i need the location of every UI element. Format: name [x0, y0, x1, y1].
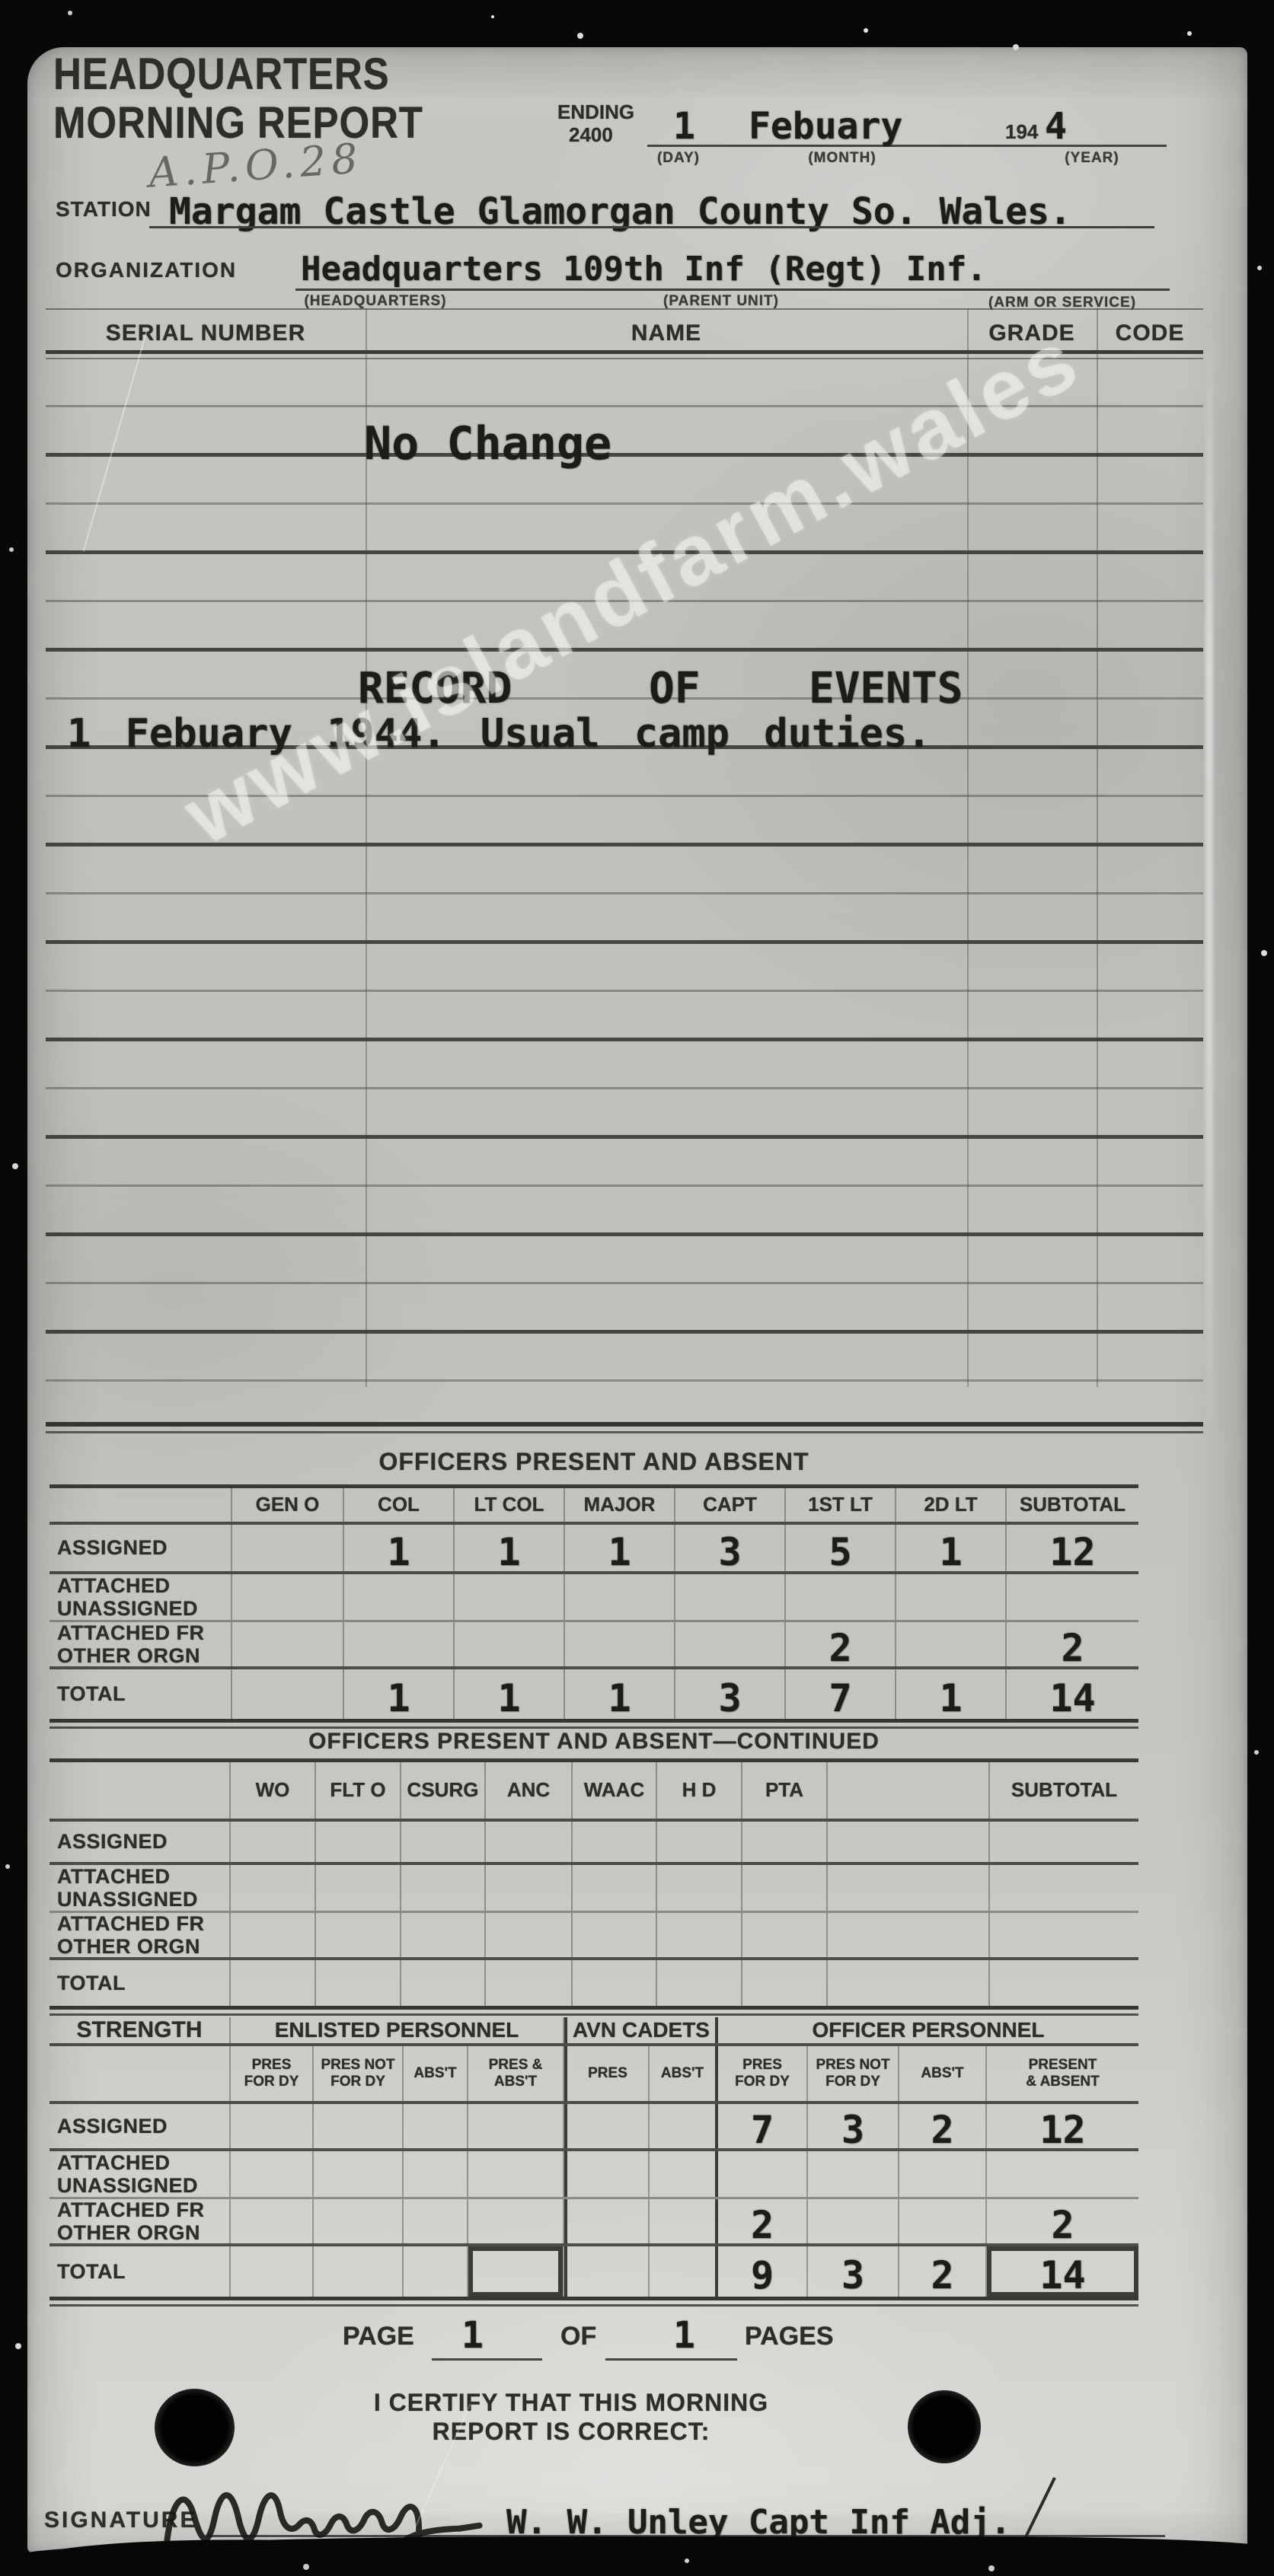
cell	[401, 1865, 486, 1911]
cell	[896, 1574, 1007, 1620]
col-present-and-absent: PRESENT & ABSENT	[987, 2046, 1138, 2101]
record-of-events-word1: RECORD	[358, 664, 512, 713]
cell	[650, 2199, 718, 2243]
cell	[564, 2246, 650, 2297]
column-header-name: NAME	[366, 320, 967, 346]
cell	[990, 1913, 1138, 1957]
headquarters-sublabel: (HEADQUARTERS)	[295, 293, 455, 310]
date-day-value: 1	[673, 105, 695, 148]
continued-header-row: WO FLT O CSURG ANC WAAC H D PTA SUBTOTAL	[49, 1762, 1138, 1822]
cell: 2	[718, 2199, 808, 2243]
cell	[486, 1960, 573, 2006]
cell	[344, 1574, 455, 1620]
row-label: ATTACHED FR OTHER ORGN	[49, 2199, 231, 2243]
cell	[316, 1865, 401, 1911]
cell	[565, 1622, 675, 1666]
cell	[650, 2104, 718, 2148]
col-gen-o: GEN O	[232, 1488, 344, 1522]
scan-speckles	[491, 15, 494, 18]
cell	[232, 1622, 344, 1666]
year-label: (YEAR)	[1046, 150, 1138, 167]
cell	[657, 1913, 742, 1957]
cell	[404, 2151, 468, 2197]
cell	[990, 1960, 1138, 2006]
col-pres-and-abst: PRES & ABS'T	[468, 2046, 564, 2101]
boxed-grand-total-cell: 14	[987, 2246, 1138, 2297]
cell	[564, 2199, 650, 2243]
cell	[990, 1865, 1138, 1911]
col-anc: ANC	[486, 1762, 573, 1819]
pages-total-underline	[605, 2358, 737, 2361]
cell: 1	[565, 1525, 675, 1571]
cell: 1	[455, 1669, 565, 1719]
cell: 3	[675, 1525, 786, 1571]
table-row-attached-fr-other-orgn: ATTACHED FR OTHER ORGN	[49, 1913, 1138, 1960]
cell	[401, 1913, 486, 1957]
cell	[573, 1960, 657, 2006]
cell	[468, 2199, 564, 2243]
row-label: ATTACHED FR OTHER ORGN	[49, 1622, 232, 1666]
col-lt-col: LT COL	[455, 1488, 565, 1522]
station-underline	[149, 226, 1154, 228]
cell: 1	[455, 1525, 565, 1571]
certify-line1: I CERTIFY THAT THIS MORNING	[320, 2389, 822, 2418]
officers-table-title: OFFICERS PRESENT AND ABSENT	[49, 1439, 1138, 1488]
cell	[455, 1622, 565, 1666]
table-row-assigned: ASSIGNED 7 3 2 12	[49, 2104, 1138, 2151]
cell	[650, 2151, 718, 2197]
strength-table-bottom-rule	[49, 2297, 1138, 2307]
cell	[896, 1622, 1007, 1666]
officers-present-absent-table: OFFICERS PRESENT AND ABSENT GEN O COL LT…	[49, 1439, 1138, 1729]
column-header-serial-number: SERIAL NUMBER	[46, 320, 366, 346]
table-row-attached-fr-other-orgn: ATTACHED FR OTHER ORGN 2 2	[49, 2199, 1138, 2246]
cell	[49, 1488, 232, 1522]
cell	[316, 1960, 401, 2006]
cell	[742, 1865, 828, 1911]
cell	[565, 1574, 675, 1620]
column-divider-name-grade	[967, 308, 969, 1387]
cell: 2	[786, 1622, 896, 1666]
cell	[49, 2046, 231, 2101]
cell: 3	[808, 2104, 899, 2148]
cell	[742, 1913, 828, 1957]
cell	[899, 2199, 987, 2243]
cell	[675, 1622, 786, 1666]
form-title-line2: MORNING REPORT	[53, 97, 423, 148]
roster-entry: No Change	[364, 417, 611, 470]
station-label: STATION	[56, 197, 152, 222]
cell	[314, 2199, 404, 2243]
cell	[657, 1865, 742, 1911]
col-2d-lt: 2D LT	[896, 1488, 1007, 1522]
cell	[404, 2104, 468, 2148]
date-month-value: Febuary	[749, 105, 902, 148]
cell: 2	[987, 2199, 1138, 2243]
cell	[899, 2151, 987, 2197]
roster-header-rule-heavy	[46, 350, 1203, 354]
strength-group-header-row: STRENGTH ENLISTED PERSONNEL AVN CADETS O…	[49, 2017, 1138, 2046]
row-label: ATTACHED UNASSIGNED	[49, 1865, 231, 1911]
cell	[231, 2104, 314, 2148]
table-row-assigned: ASSIGNED 1 1 1 3 5 1 12	[49, 1525, 1138, 1574]
cell	[401, 1822, 486, 1862]
cell: 1	[565, 1669, 675, 1719]
continued-table-bottom-rule	[49, 2006, 1138, 2016]
cell	[231, 2199, 314, 2243]
cell: 3	[675, 1669, 786, 1719]
officers-table-top-rule-heavy	[46, 1422, 1203, 1427]
col-pta: PTA	[742, 1762, 828, 1819]
cell: 7	[718, 2104, 808, 2148]
col-blank	[828, 1762, 990, 1819]
cell	[344, 1622, 455, 1666]
cell: 1	[896, 1669, 1007, 1719]
cell	[675, 1574, 786, 1620]
cell	[314, 2151, 404, 2197]
col-1st-lt: 1ST LT	[786, 1488, 896, 1522]
cell	[564, 2104, 650, 2148]
row-label: ATTACHED UNASSIGNED	[49, 1574, 232, 1620]
cell	[828, 1822, 990, 1862]
column-divider-grade-code	[1097, 308, 1098, 1387]
cell: 14	[1007, 1669, 1138, 1719]
cell: 2	[899, 2246, 987, 2297]
col-waac: WAAC	[573, 1762, 657, 1819]
group-enlisted-personnel: ENLISTED PERSONNEL	[231, 2017, 564, 2043]
row-label: ASSIGNED	[49, 1525, 232, 1571]
cell	[828, 1960, 990, 2006]
cell: 2	[1007, 1622, 1138, 1666]
cell	[486, 1865, 573, 1911]
col-avn-abst: ABS'T	[650, 2046, 718, 2101]
cell: 12	[987, 2104, 1138, 2148]
row-label: TOTAL	[49, 2246, 231, 2297]
row-label: TOTAL	[49, 1669, 232, 1719]
col-col: COL	[344, 1488, 455, 1522]
cell	[231, 1960, 316, 2006]
cell	[657, 1960, 742, 2006]
table-row-attached-unassigned: ATTACHED UNASSIGNED	[49, 1574, 1138, 1622]
cell	[808, 2199, 899, 2243]
page-label: PAGE	[343, 2322, 414, 2351]
col-h-d: H D	[657, 1762, 742, 1819]
cell	[808, 2151, 899, 2197]
scan-streak	[1205, 320, 1213, 1462]
cell	[314, 2246, 404, 2297]
strength-label: STRENGTH	[49, 2017, 231, 2043]
organization-label: ORGANIZATION	[56, 258, 237, 282]
certification-statement: I CERTIFY THAT THIS MORNING REPORT IS CO…	[320, 2389, 822, 2447]
cell	[231, 2151, 314, 2197]
cell	[573, 1913, 657, 1957]
table-row-attached-unassigned: ATTACHED UNASSIGNED	[49, 2151, 1138, 2199]
officers-table-header-row: GEN O COL LT COL MAJOR CAPT 1ST LT 2D LT…	[49, 1488, 1138, 1525]
row-label: ASSIGNED	[49, 2104, 231, 2148]
cell: 12	[1007, 1525, 1138, 1571]
cell	[316, 1822, 401, 1862]
organization-value: Headquarters 109th Inf (Regt) Inf.	[301, 250, 987, 289]
cell	[404, 2199, 468, 2243]
table-row-attached-unassigned: ATTACHED UNASSIGNED	[49, 1865, 1138, 1913]
cell	[231, 1865, 316, 1911]
table-row-total: TOTAL 1 1 1 3 7 1 14	[49, 1669, 1138, 1719]
cell	[650, 2246, 718, 2297]
cell	[718, 2151, 808, 2197]
pages-total: 1	[673, 2314, 695, 2357]
row-label: ASSIGNED	[49, 1822, 231, 1862]
cell	[987, 2151, 1138, 2197]
table-row-total: TOTAL 9 3 2 14	[49, 2246, 1138, 2297]
day-label: (DAY)	[643, 150, 714, 167]
group-officer-personnel: OFFICER PERSONNEL	[718, 2017, 1138, 2043]
cell	[486, 1913, 573, 1957]
page-number: 1	[461, 2314, 484, 2357]
col-subtotal: SUBTOTAL	[990, 1762, 1138, 1819]
row-label: TOTAL	[49, 1960, 231, 2006]
table-row-assigned: ASSIGNED	[49, 1822, 1138, 1865]
cell	[231, 1913, 316, 1957]
col-subtotal: SUBTOTAL	[1007, 1488, 1138, 1522]
cell	[231, 1822, 316, 1862]
boxed-total-cell	[468, 2246, 564, 2297]
cell	[573, 1822, 657, 1862]
column-header-code: CODE	[1097, 320, 1203, 346]
page-number-underline	[432, 2358, 542, 2361]
of-label: OF	[560, 2322, 596, 2351]
col-pres-for-dy: PRES FOR DY	[231, 2046, 314, 2101]
ending-time: 2400	[569, 123, 613, 147]
col-major: MAJOR	[565, 1488, 675, 1522]
officers-continued-table: OFFICERS PRESENT AND ABSENT—CONTINUED WO…	[49, 1724, 1138, 2016]
strength-table: STRENGTH ENLISTED PERSONNEL AVN CADETS O…	[49, 2017, 1138, 2307]
row-label: ATTACHED FR OTHER ORGN	[49, 1913, 231, 1957]
record-of-events-word2: OF	[649, 664, 700, 713]
column-header-grade: GRADE	[967, 320, 1097, 346]
cell	[486, 1822, 573, 1862]
date-underline	[647, 145, 1167, 147]
cell: 9	[718, 2246, 808, 2297]
cell: 5	[786, 1525, 896, 1571]
cell	[786, 1574, 896, 1620]
punch-hole-right	[908, 2390, 981, 2463]
cell	[573, 1865, 657, 1911]
row-label: ATTACHED UNASSIGNED	[49, 2151, 231, 2197]
col-capt: CAPT	[675, 1488, 786, 1522]
cell	[468, 2104, 564, 2148]
cell	[232, 1574, 344, 1620]
cell	[828, 1865, 990, 1911]
pages-label: PAGES	[745, 2322, 834, 2351]
parent-unit-sublabel: (PARENT UNIT)	[641, 293, 801, 310]
punch-hole-left	[155, 2389, 235, 2466]
year-printed-prefix: 194	[1005, 120, 1038, 144]
cell: 7	[786, 1669, 896, 1719]
col-csurg: CSURG	[401, 1762, 486, 1819]
cell	[828, 1913, 990, 1957]
cell	[564, 2151, 650, 2197]
cell: 1	[344, 1669, 455, 1719]
record-of-events-word3: EVENTS	[809, 664, 963, 713]
col-off-abst: ABS'T	[899, 2046, 987, 2101]
cell: 1	[344, 1525, 455, 1571]
form-title-line1: HEADQUARTERS	[53, 49, 390, 100]
cell	[404, 2246, 468, 2297]
officers-table-top-rule-light	[46, 1431, 1203, 1433]
continued-table-title: OFFICERS PRESENT AND ABSENT—CONTINUED	[49, 1724, 1138, 1762]
ruled-lines-region	[46, 359, 1203, 1387]
certify-line2: REPORT IS CORRECT:	[320, 2418, 822, 2447]
cell: 2	[899, 2104, 987, 2148]
roster-top-rule	[46, 308, 1203, 310]
cell	[1007, 1574, 1138, 1620]
date-year-value: 4	[1045, 105, 1067, 148]
col-wo: WO	[231, 1762, 316, 1819]
col-pres-not-for-dy: PRES NOT FOR DY	[314, 2046, 404, 2101]
strength-subheader-row: PRES FOR DY PRES NOT FOR DY ABS'T PRES &…	[49, 2046, 1138, 2104]
table-row-attached-fr-other-orgn: ATTACHED FR OTHER ORGN 2 2	[49, 1622, 1138, 1669]
month-label: (MONTH)	[797, 150, 888, 167]
col-abst: ABS'T	[404, 2046, 468, 2101]
event-entry: 1 Febuary 1944. Usual camp duties.	[67, 711, 931, 757]
col-off-pres-not-for-dy: PRES NOT FOR DY	[808, 2046, 899, 2101]
cell	[742, 1822, 828, 1862]
cell	[468, 2151, 564, 2197]
cell	[232, 1669, 344, 1719]
cell	[231, 2246, 314, 2297]
table-row-total: TOTAL	[49, 1960, 1138, 2006]
cell	[401, 1960, 486, 2006]
cell	[49, 1762, 231, 1819]
col-off-pres-for-dy: PRES FOR DY	[718, 2046, 808, 2101]
cell	[657, 1822, 742, 1862]
col-flt-o: FLT O	[316, 1762, 401, 1819]
col-avn-pres: PRES	[564, 2046, 650, 2101]
ending-label: ENDING	[557, 100, 634, 124]
cell	[990, 1822, 1138, 1862]
cell	[316, 1913, 401, 1957]
scanned-morning-report-page: HEADQUARTERS MORNING REPORT ENDING 2400 …	[0, 0, 1274, 2576]
cell	[742, 1960, 828, 2006]
cell	[232, 1525, 344, 1571]
cell: 3	[808, 2246, 899, 2297]
cell: 1	[896, 1525, 1007, 1571]
group-avn-cadets: AVN CADETS	[564, 2017, 718, 2043]
organization-underline	[295, 289, 1170, 291]
cell	[314, 2104, 404, 2148]
cell	[455, 1574, 565, 1620]
